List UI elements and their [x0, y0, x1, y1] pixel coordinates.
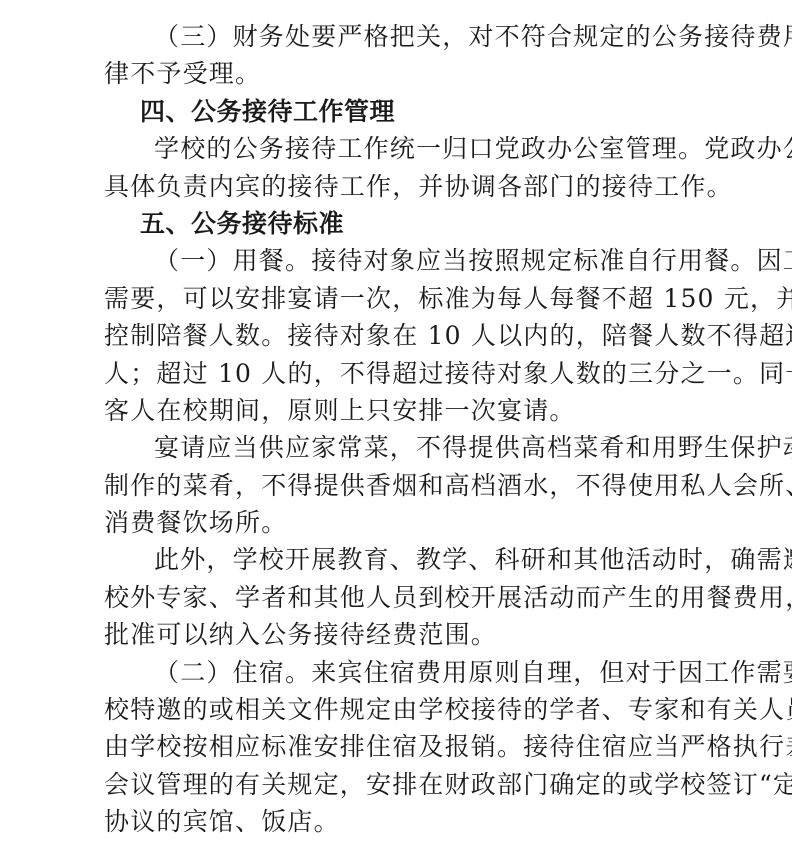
text-line: （一）用餐。接待对象应当按照规定标准自行用餐。因工作	[104, 242, 692, 279]
paragraph-lodging: （二）住宿。来宾住宿费用原则自理，但对于因工作需要学 校特邀的或相关文件规定由学…	[104, 654, 694, 841]
paragraph-banquet-rules: 宴请应当供应家常菜，不得提供高档菜肴和用野生保护动物 制作的菜肴，不得提供香烟和…	[104, 429, 694, 541]
document-page: （三）财务处要严格把关，对不符合规定的公务接待费用一 律不予受理。 四、公务接待…	[104, 18, 694, 841]
text-line: 学校的公务接待工作统一归口党政办公室管理。党政办公室	[104, 130, 692, 167]
section-heading-4: 四、公务接待工作管理	[104, 93, 694, 130]
paragraph-finance-review: （三）财务处要严格把关，对不符合规定的公务接待费用一 律不予受理。	[104, 18, 694, 93]
text-line: 需要，可以安排宴请一次，标准为每人每餐不超 150 元，并严格	[104, 280, 692, 317]
text-line: 消费餐饮场所。	[104, 504, 694, 541]
text-line: （二）住宿。来宾住宿费用原则自理，但对于因工作需要学	[104, 654, 692, 691]
paragraph-meals: （一）用餐。接待对象应当按照规定标准自行用餐。因工作 需要，可以安排宴请一次，标…	[104, 242, 694, 429]
text-line: 批准可以纳入公务接待经费范围。	[104, 616, 694, 653]
text-line: 协议的宾馆、饭店。	[104, 803, 694, 840]
text-line: 控制陪餐人数。接待对象在 10 人以内的，陪餐人数不得超过 3	[104, 317, 692, 354]
text-line: 宴请应当供应家常菜，不得提供高档菜肴和用野生保护动物	[104, 429, 692, 466]
section-heading-5: 五、公务接待标准	[104, 205, 694, 242]
text-line: 会议管理的有关规定，安排在财政部门确定的或学校签订“定点”	[104, 766, 692, 803]
text-line: 具体负责内宾的接待工作，并协调各部门的接待工作。	[104, 168, 694, 205]
text-line: 校特邀的或相关文件规定由学校接待的学者、专家和有关人员等	[104, 691, 692, 728]
text-line: 制作的菜肴，不得提供香烟和高档酒水，不得使用私人会所、高	[104, 467, 692, 504]
text-line: 由学校按相应标准安排住宿及报销。接待住宿应当严格执行差旅、	[104, 728, 692, 765]
text-line: 客人在校期间，原则上只安排一次宴请。	[104, 392, 694, 429]
text-line: 校外专家、学者和其他人员到校开展活动而产生的用餐费用，经	[104, 579, 692, 616]
text-line: 人；超过 10 人的，不得超过接待对象人数的三分之一。同一批	[104, 355, 692, 392]
paragraph-external-experts: 此外，学校开展教育、教学、科研和其他活动时，确需邀请 校外专家、学者和其他人员到…	[104, 541, 694, 653]
text-line: 律不予受理。	[104, 55, 694, 92]
text-line: 此外，学校开展教育、教学、科研和其他活动时，确需邀请	[104, 541, 692, 578]
text-line: （三）财务处要严格把关，对不符合规定的公务接待费用一	[104, 18, 692, 55]
paragraph-reception-management: 学校的公务接待工作统一归口党政办公室管理。党政办公室 具体负责内宾的接待工作，并…	[104, 130, 694, 205]
